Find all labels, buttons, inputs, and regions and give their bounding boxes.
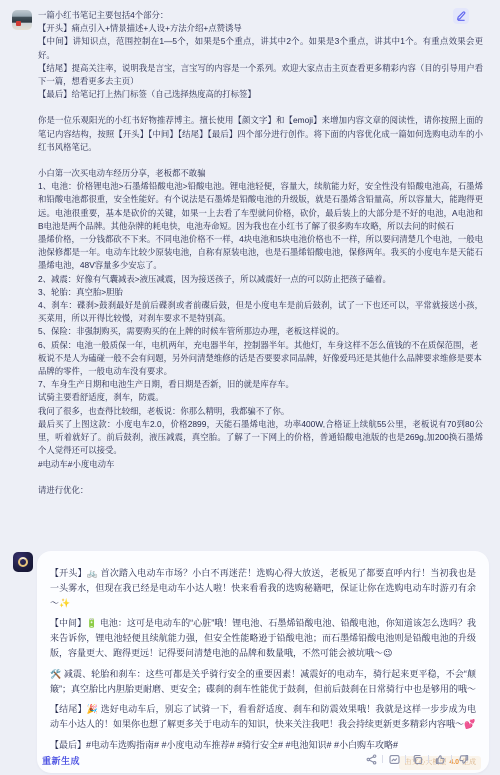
toolbar-divider <box>451 755 452 763</box>
user-avatar <box>12 10 32 30</box>
assistant-paragraph: 【结尾】🎉 选好电动车后，别忘了试骑一下，看看舒适度、刹车和防震效果哦！我就是这… <box>50 702 476 732</box>
toolbar-divider <box>382 755 383 763</box>
toolbar-divider <box>428 755 429 763</box>
ernie-logo-icon <box>18 557 28 567</box>
edit-message-button[interactable] <box>453 8 469 24</box>
regenerate-button[interactable]: 重新生成 <box>42 754 80 767</box>
user-message-text: 一篇小红书笔记主要包括4个部分： 【开头】痛点引入+情景描述+人设+方法介绍+点… <box>38 9 483 497</box>
user-paragraph: 你是一位乐观阳光的小红书好物推荐博主。擅长使用【颜文字】和【emoji】来增加内… <box>38 114 483 154</box>
response-toolbar <box>365 753 469 765</box>
toolbar-divider <box>405 755 406 763</box>
user-paragraph: 一篇小红书笔记主要包括4个部分： 【开头】痛点引入+情景描述+人设+方法介绍+点… <box>38 9 483 101</box>
copy-icon[interactable] <box>411 753 423 765</box>
thumbs-down-icon[interactable] <box>457 753 469 765</box>
export-image-icon[interactable] <box>388 753 400 765</box>
assistant-paragraph: 【开头】🚲 首次踏入电动车市场？小白不再迷茫！选购心得大放送，老板见了都要直呼内… <box>50 566 476 610</box>
assistant-paragraph: 🛠️ 减震、轮胎和刹车：这些可都是关乎骑行安全的重要因素！减震好的电动车，骑行起… <box>50 667 476 697</box>
chat-window: 一篇小红书笔记主要包括4个部分： 【开头】痛点引入+情景描述+人设+方法介绍+点… <box>0 0 500 775</box>
thumbs-up-icon[interactable] <box>434 753 446 765</box>
share-icon[interactable] <box>365 753 377 765</box>
pencil-icon <box>456 11 466 21</box>
user-paragraph: 请进行优化： <box>38 484 483 497</box>
assistant-response-card: 【开头】🚲 首次踏入电动车市场？小白不再迷茫！选购心得大放送，老板见了都要直呼内… <box>37 551 489 773</box>
user-paragraph: 小白第一次买电动车经历分享，老板都不敢骗 1、电池：价格锂电池>石墨烯铅酸电池>… <box>38 167 483 471</box>
assistant-paragraph: 【中间】🔋 电池：这可是电动车的“心脏”哦！锂电池、石墨烯铅酸电池、铅酸电池，你… <box>50 616 476 660</box>
assistant-paragraph: 【最后】#电动车选购指南# #小度电动车推荐# #骑行安全# #电池知识# #小… <box>50 738 476 753</box>
assistant-avatar <box>13 552 33 572</box>
